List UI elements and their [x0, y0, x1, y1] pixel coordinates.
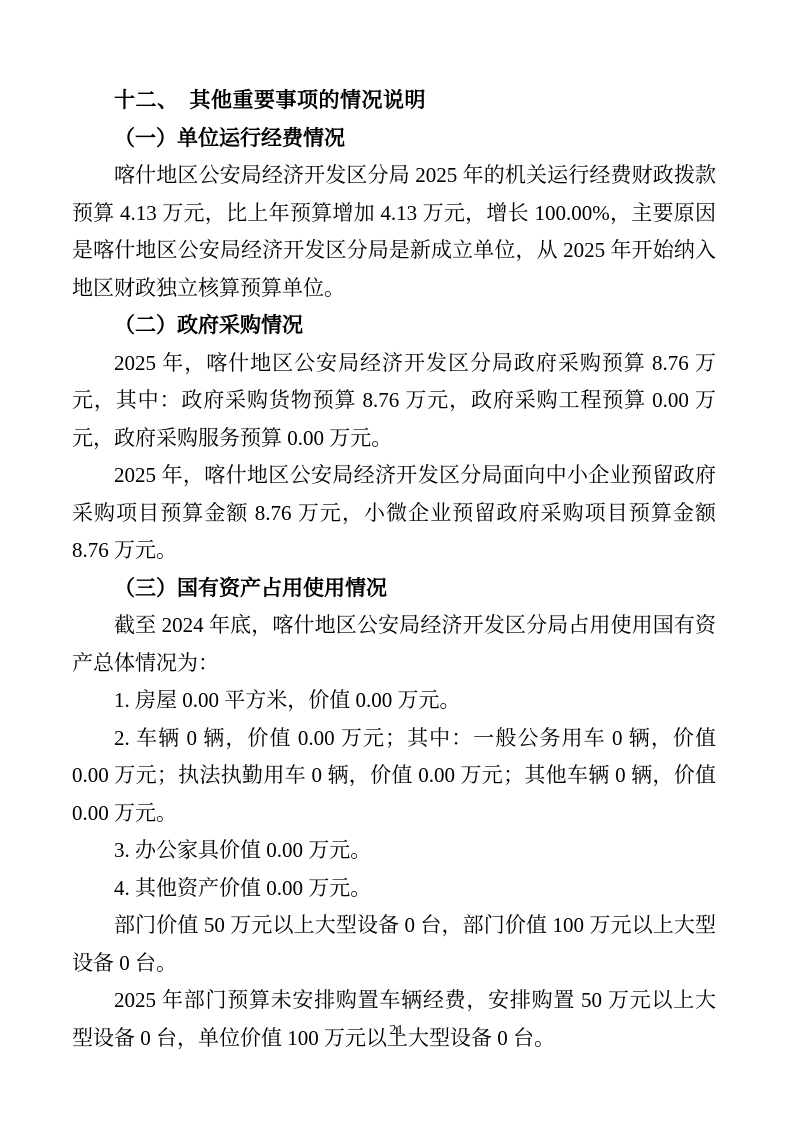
document-content: 十二、 其他重要事项的情况说明 （一）单位运行经费情况 喀什地区公安局经济开发区… [72, 82, 716, 1057]
body-paragraph: 2025 年，喀什地区公安局经济开发区分局面向中小企业预留政府采购项目预算金额 … [72, 457, 716, 570]
body-paragraph: 截至 2024 年底，喀什地区公安局经济开发区分局占用使用国有资产总体情况为： [72, 607, 716, 682]
subsection-heading-unit-operating-expenses: （一）单位运行经费情况 [72, 120, 716, 158]
body-paragraph: 2025 年，喀什地区公安局经济开发区分局政府采购预算 8.76 万元，其中：政… [72, 345, 716, 458]
body-paragraph: 部门价值 50 万元以上大型设备 0 台，部门价值 100 万元以上大型设备 0… [72, 907, 716, 982]
body-paragraph: 2025 年部门预算未安排购置车辆经费，安排购置 50 万元以上大型设备 0 台… [72, 982, 716, 1057]
body-paragraph: 2. 车辆 0 辆，价值 0.00 万元；其中：一般公务用车 0 辆，价值 0.… [72, 720, 716, 833]
section-title: 十二、 其他重要事项的情况说明 [72, 82, 716, 120]
subsection-heading-state-owned-assets: （三）国有资产占用使用情况 [72, 570, 716, 608]
body-paragraph: 喀什地区公安局经济开发区分局 2025 年的机关运行经费财政拨款预算 4.13 … [72, 157, 716, 307]
body-paragraph: 1. 房屋 0.00 平方米，价值 0.00 万元。 [72, 682, 716, 720]
body-paragraph: 4. 其他资产价值 0.00 万元。 [72, 870, 716, 908]
body-paragraph: 3. 办公家具价值 0.00 万元。 [72, 832, 716, 870]
subsection-heading-government-procurement: （二）政府采购情况 [72, 307, 716, 345]
document-page: 十二、 其他重要事项的情况说明 （一）单位运行经费情况 喀什地区公安局经济开发区… [0, 0, 793, 1122]
page-number: 21 [0, 1022, 793, 1040]
